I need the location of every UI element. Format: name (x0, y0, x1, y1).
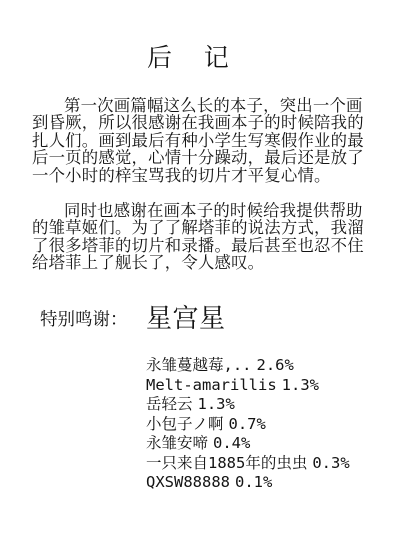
donor-item: 永雏蔓越莓,..2.6% (146, 356, 350, 376)
donor-percent: 0.4% (213, 434, 250, 452)
donor-list: 永雏蔓越莓,..2.6% Melt-amarillis1.3% 岳轻云1.3% … (146, 356, 350, 493)
donor-name: 岳轻云 (146, 395, 193, 413)
donor-name: 一只来自1885年的虫虫 (146, 454, 307, 472)
donor-item: Melt-amarillis1.3% (146, 376, 350, 396)
donor-percent: 1.3% (198, 395, 235, 413)
donor-name: 永雏安啼 (146, 434, 208, 452)
paragraph-1: 第一次画篇幅这么长的本子，突出一个画到昏厥，所以很感谢在我画本子的时候陪我的扎人… (32, 97, 368, 184)
special-thanks-label: 特别鸣谢： (40, 309, 128, 331)
donor-name: 小包子ノ啊 (146, 415, 224, 433)
donor-percent: 2.6% (257, 356, 294, 374)
donor-name: Melt-amarillis (146, 376, 277, 394)
donor-name: 永雏蔓越莓,.. (146, 356, 252, 374)
donor-percent: 0.1% (235, 473, 272, 491)
donor-percent: 0.3% (312, 454, 349, 472)
donor-item: 岳轻云1.3% (146, 395, 350, 415)
donor-name: QXSW88888 (146, 473, 230, 491)
donor-percent: 0.7% (229, 415, 266, 433)
page-title: 后 记 (147, 42, 229, 74)
paragraph-2: 同时也感谢在画本子的时候给我提供帮助的雏草姬们。为了了解塔菲的说法方式，我溜了很… (32, 202, 368, 272)
donor-item: 小包子ノ啊0.7% (146, 415, 350, 435)
special-thanks-name: 星宫星 (146, 302, 226, 336)
donor-item: 永雏安啼0.4% (146, 434, 350, 454)
donor-item: QXSW888880.1% (146, 473, 350, 493)
donor-item: 一只来自1885年的虫虫0.3% (146, 454, 350, 474)
donor-percent: 1.3% (282, 376, 319, 394)
